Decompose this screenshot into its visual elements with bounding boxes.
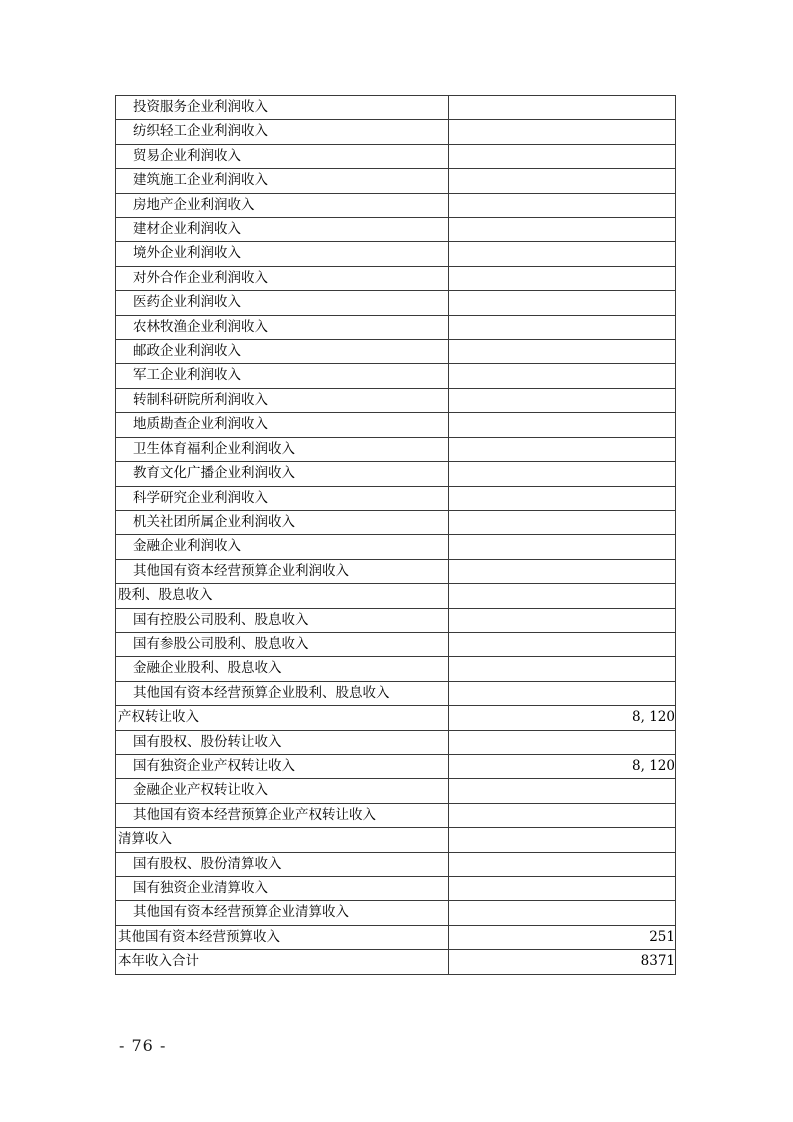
table-row: 清算收入 xyxy=(116,828,676,852)
row-label: 其他国有资本经营预算企业产权转让收入 xyxy=(116,803,449,827)
table-row: 本年收入合计8371 xyxy=(116,950,676,974)
row-label: 贸易企业利润收入 xyxy=(116,144,449,168)
row-label: 投资服务企业利润收入 xyxy=(116,96,449,120)
row-value xyxy=(449,96,676,120)
row-value xyxy=(449,340,676,364)
row-value xyxy=(449,803,676,827)
table-row: 股利、股息收入 xyxy=(116,584,676,608)
row-value xyxy=(449,828,676,852)
row-label: 卫生体育福利企业利润收入 xyxy=(116,437,449,461)
table-row: 国有独资企业清算收入 xyxy=(116,877,676,901)
row-value xyxy=(449,559,676,583)
table-row: 其他国有资本经营预算企业股利、股息收入 xyxy=(116,681,676,705)
table-row: 贸易企业利润收入 xyxy=(116,144,676,168)
table-row: 其他国有资本经营预算企业清算收入 xyxy=(116,901,676,925)
row-label: 国有股权、股份清算收入 xyxy=(116,852,449,876)
table-row: 金融企业利润收入 xyxy=(116,535,676,559)
table-row: 地质勘查企业利润收入 xyxy=(116,413,676,437)
row-value xyxy=(449,193,676,217)
row-label: 国有独资企业产权转让收入 xyxy=(116,754,449,778)
page-number: - 76 - xyxy=(119,1036,166,1055)
row-value xyxy=(449,852,676,876)
table-row: 卫生体育福利企业利润收入 xyxy=(116,437,676,461)
table-row: 金融企业产权转让收入 xyxy=(116,779,676,803)
row-value xyxy=(449,877,676,901)
row-label: 农林牧渔企业利润收入 xyxy=(116,315,449,339)
row-value xyxy=(449,510,676,534)
row-value: 8, 120 xyxy=(449,706,676,730)
row-label: 对外合作企业利润收入 xyxy=(116,266,449,290)
table-row: 邮政企业利润收入 xyxy=(116,340,676,364)
table-row: 农林牧渔企业利润收入 xyxy=(116,315,676,339)
row-label: 其他国有资本经营预算收入 xyxy=(116,925,449,949)
table-row: 其他国有资本经营预算收入251 xyxy=(116,925,676,949)
row-value xyxy=(449,388,676,412)
row-label: 本年收入合计 xyxy=(116,950,449,974)
row-label: 金融企业利润收入 xyxy=(116,535,449,559)
row-value xyxy=(449,779,676,803)
row-value: 251 xyxy=(449,925,676,949)
row-value: 8, 120 xyxy=(449,754,676,778)
table-row: 科学研究企业利润收入 xyxy=(116,486,676,510)
row-label: 地质勘查企业利润收入 xyxy=(116,413,449,437)
row-value xyxy=(449,291,676,315)
row-label: 国有股权、股份转让收入 xyxy=(116,730,449,754)
row-value: 8371 xyxy=(449,950,676,974)
row-label: 其他国有资本经营预算企业股利、股息收入 xyxy=(116,681,449,705)
table-row: 国有独资企业产权转让收入8, 120 xyxy=(116,754,676,778)
row-value xyxy=(449,437,676,461)
row-label: 其他国有资本经营预算企业清算收入 xyxy=(116,901,449,925)
row-label: 国有参股公司股利、股息收入 xyxy=(116,632,449,656)
row-value xyxy=(449,169,676,193)
table-row: 国有控股公司股利、股息收入 xyxy=(116,608,676,632)
row-value xyxy=(449,584,676,608)
table-row: 房地产企业利润收入 xyxy=(116,193,676,217)
row-label: 金融企业产权转让收入 xyxy=(116,779,449,803)
row-label: 房地产企业利润收入 xyxy=(116,193,449,217)
table-row: 建筑施工企业利润收入 xyxy=(116,169,676,193)
row-label: 科学研究企业利润收入 xyxy=(116,486,449,510)
table-row: 国有股权、股份清算收入 xyxy=(116,852,676,876)
budget-income-table: 投资服务企业利润收入纺织轻工企业利润收入贸易企业利润收入建筑施工企业利润收入房地… xyxy=(115,95,676,975)
row-value xyxy=(449,462,676,486)
table-row: 对外合作企业利润收入 xyxy=(116,266,676,290)
table-row: 金融企业股利、股息收入 xyxy=(116,657,676,681)
table-row: 其他国有资本经营预算企业利润收入 xyxy=(116,559,676,583)
row-value xyxy=(449,681,676,705)
row-label: 境外企业利润收入 xyxy=(116,242,449,266)
row-value xyxy=(449,730,676,754)
row-label: 建材企业利润收入 xyxy=(116,218,449,242)
row-value xyxy=(449,608,676,632)
row-label: 教育文化广播企业利润收入 xyxy=(116,462,449,486)
row-label: 军工企业利润收入 xyxy=(116,364,449,388)
row-value xyxy=(449,657,676,681)
table-row: 纺织轻工企业利润收入 xyxy=(116,120,676,144)
row-value xyxy=(449,901,676,925)
row-label: 其他国有资本经营预算企业利润收入 xyxy=(116,559,449,583)
row-label: 纺织轻工企业利润收入 xyxy=(116,120,449,144)
row-value xyxy=(449,315,676,339)
row-value xyxy=(449,632,676,656)
table-row: 机关社团所属企业利润收入 xyxy=(116,510,676,534)
table-row: 转制科研院所利润收入 xyxy=(116,388,676,412)
row-label: 清算收入 xyxy=(116,828,449,852)
row-label: 金融企业股利、股息收入 xyxy=(116,657,449,681)
row-value xyxy=(449,364,676,388)
table-row: 境外企业利润收入 xyxy=(116,242,676,266)
table-row: 教育文化广播企业利润收入 xyxy=(116,462,676,486)
row-value xyxy=(449,535,676,559)
table-body: 投资服务企业利润收入纺织轻工企业利润收入贸易企业利润收入建筑施工企业利润收入房地… xyxy=(116,96,676,975)
row-value xyxy=(449,218,676,242)
row-label: 转制科研院所利润收入 xyxy=(116,388,449,412)
table-row: 投资服务企业利润收入 xyxy=(116,96,676,120)
row-label: 国有独资企业清算收入 xyxy=(116,877,449,901)
table-row: 国有参股公司股利、股息收入 xyxy=(116,632,676,656)
table-row: 产权转让收入8, 120 xyxy=(116,706,676,730)
table-row: 建材企业利润收入 xyxy=(116,218,676,242)
row-value xyxy=(449,144,676,168)
row-label: 医药企业利润收入 xyxy=(116,291,449,315)
row-label: 国有控股公司股利、股息收入 xyxy=(116,608,449,632)
row-value xyxy=(449,266,676,290)
table-row: 其他国有资本经营预算企业产权转让收入 xyxy=(116,803,676,827)
document-page: 投资服务企业利润收入纺织轻工企业利润收入贸易企业利润收入建筑施工企业利润收入房地… xyxy=(0,0,793,1122)
row-label: 股利、股息收入 xyxy=(116,584,449,608)
row-label: 机关社团所属企业利润收入 xyxy=(116,510,449,534)
table-row: 军工企业利润收入 xyxy=(116,364,676,388)
row-label: 建筑施工企业利润收入 xyxy=(116,169,449,193)
row-value xyxy=(449,242,676,266)
row-value xyxy=(449,120,676,144)
table-row: 医药企业利润收入 xyxy=(116,291,676,315)
row-value xyxy=(449,486,676,510)
table-row: 国有股权、股份转让收入 xyxy=(116,730,676,754)
row-value xyxy=(449,413,676,437)
row-label: 邮政企业利润收入 xyxy=(116,340,449,364)
row-label: 产权转让收入 xyxy=(116,706,449,730)
